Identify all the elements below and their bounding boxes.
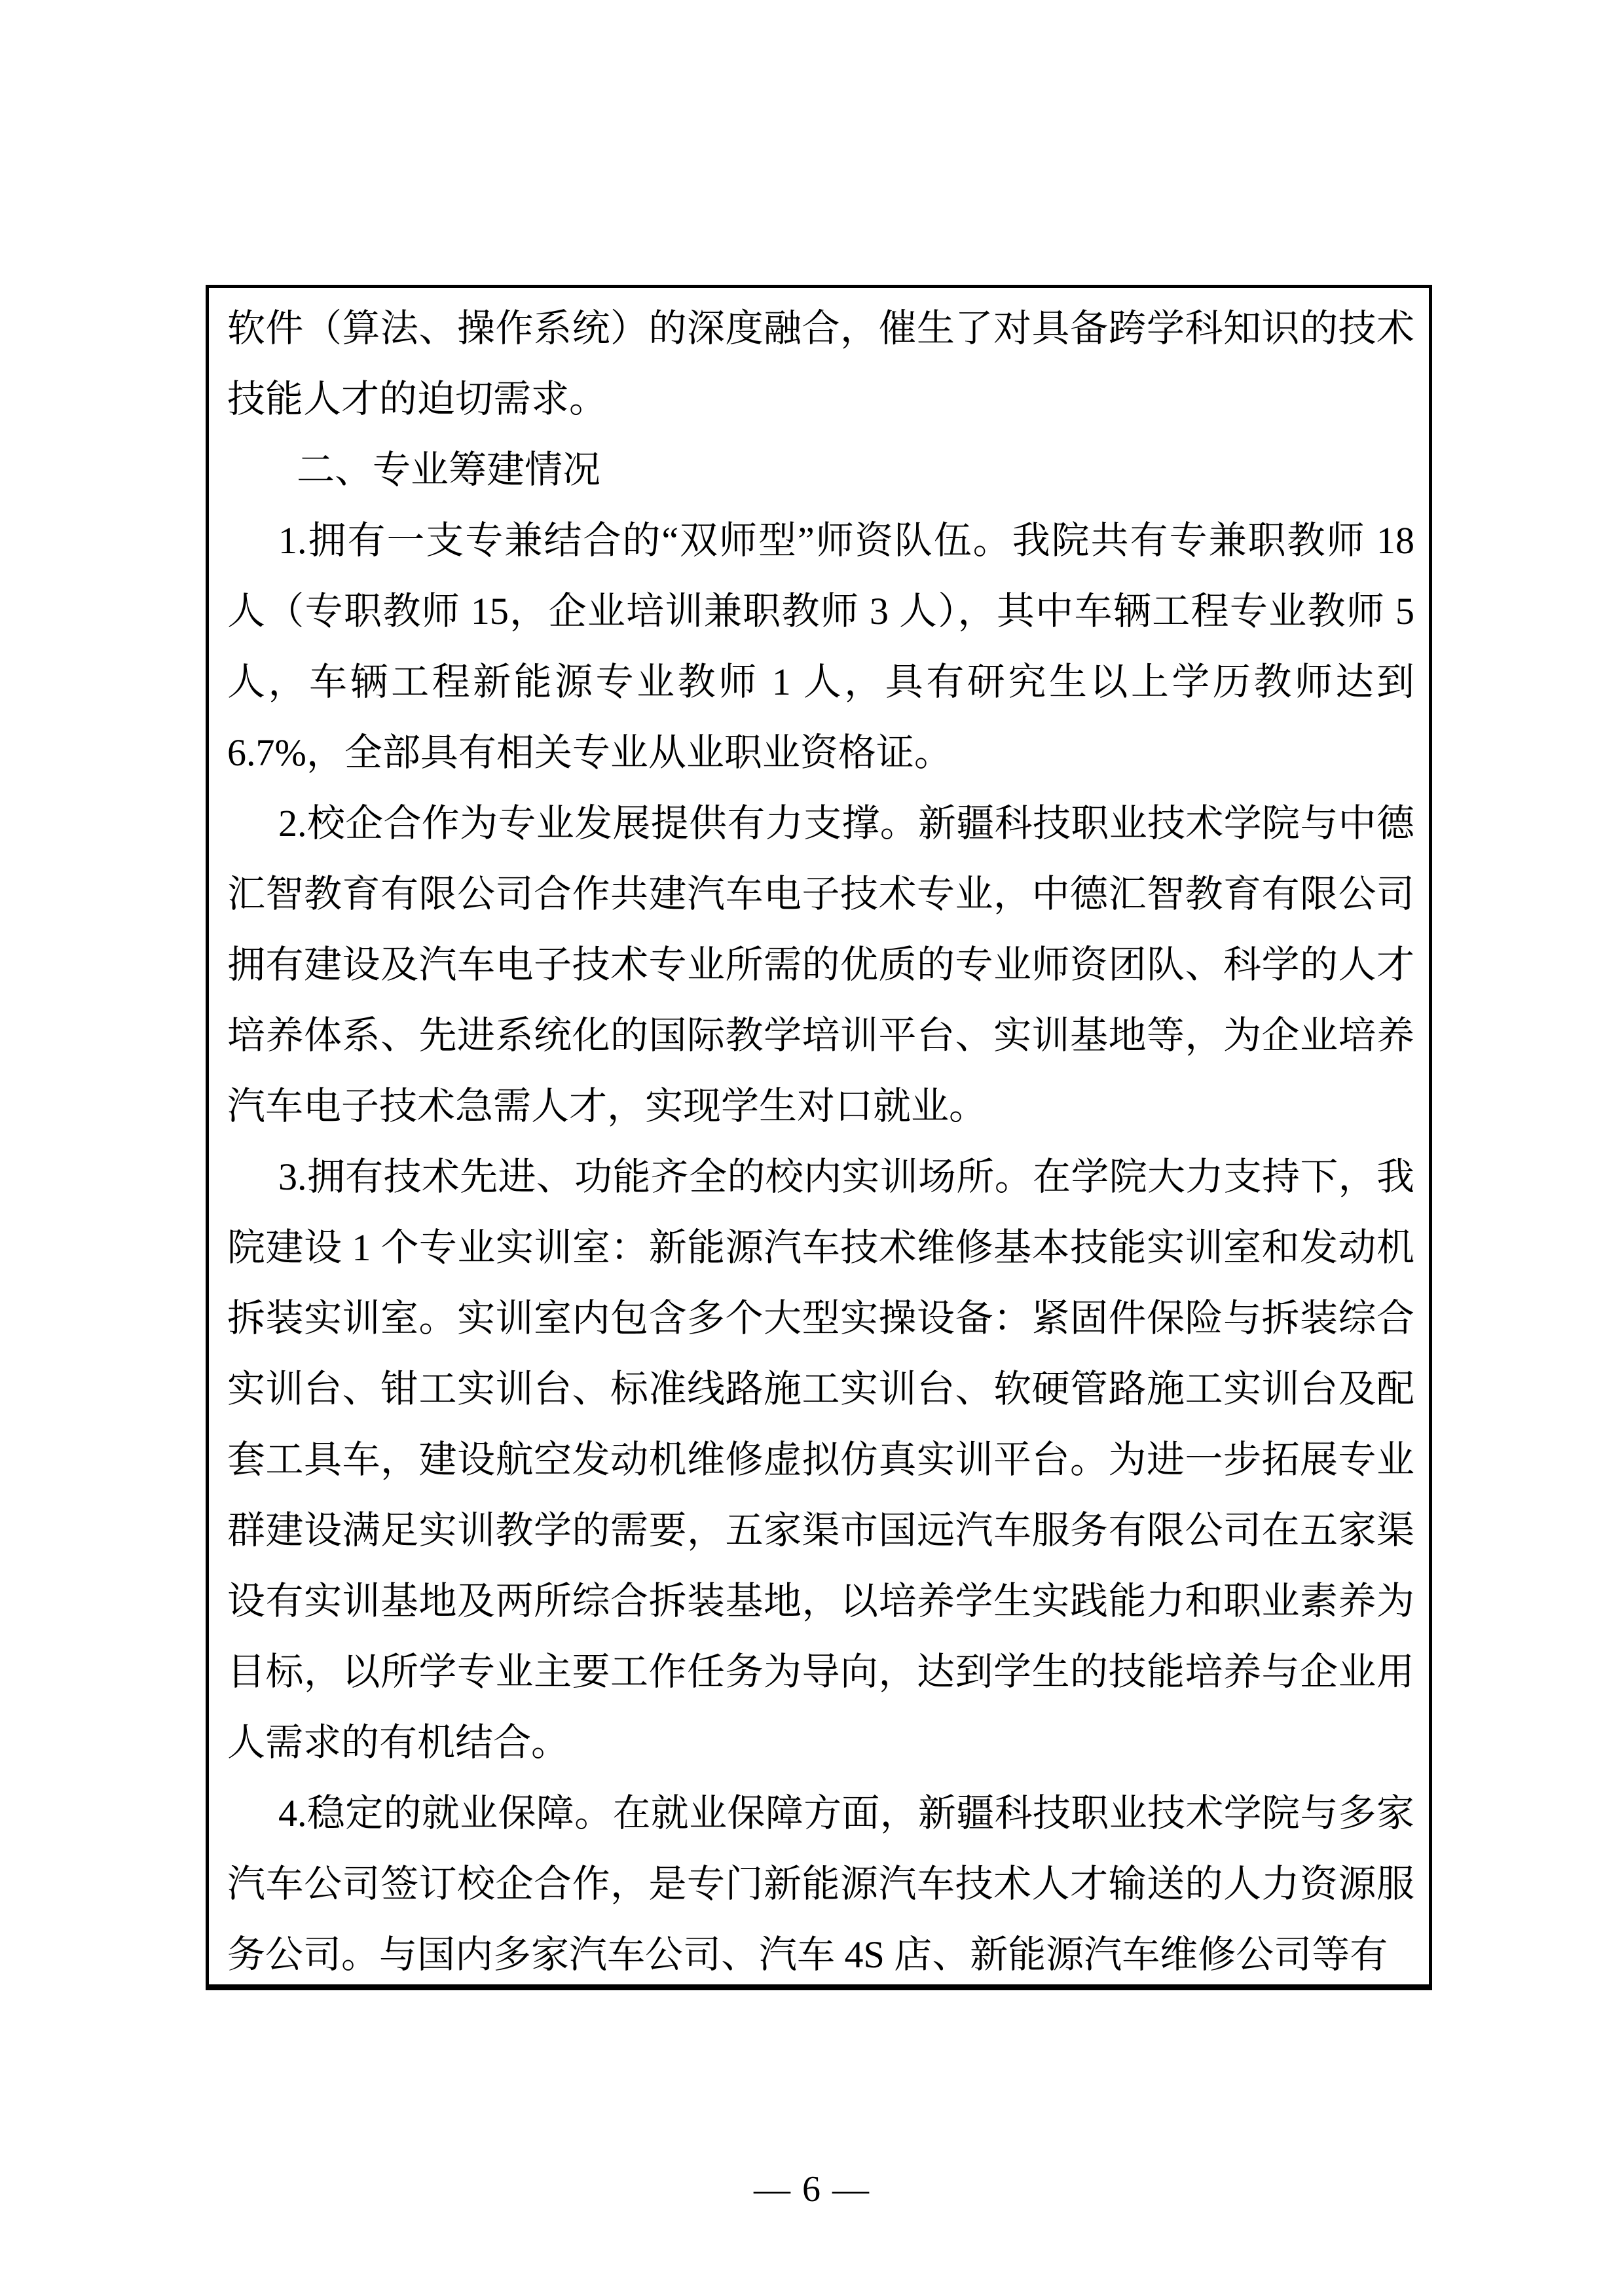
paragraph-item-2: 2.校企合作为专业发展提供有力支撑。新疆科技职业技术学院与中德汇智教育有限公司合… xyxy=(227,788,1414,1142)
table-cell-border: 软件（算法、操作系统）的深度融合，催生了对具备跨学科知识的技术技能人才的迫切需求… xyxy=(206,285,1432,1990)
paragraph-item-1: 1.拥有一支专兼结合的“双师型”师资队伍。我院共有专兼职教师 18 人（专职教师… xyxy=(227,505,1414,788)
page-number: — 6 — xyxy=(0,2168,1624,2210)
paragraph-continuation: 软件（算法、操作系统）的深度融合，催生了对具备跨学科知识的技术技能人才的迫切需求… xyxy=(227,293,1414,435)
section-heading: 二、专业筹建情况 xyxy=(227,435,1414,505)
paragraph-item-4: 4.稳定的就业保障。在就业保障方面，新疆科技职业技术学院与多家汽车公司签订校企合… xyxy=(227,1778,1414,1990)
paragraph-item-3: 3.拥有技术先进、功能齐全的校内实训场所。在学院大力支持下，我院建设 1 个专业… xyxy=(227,1142,1414,1778)
